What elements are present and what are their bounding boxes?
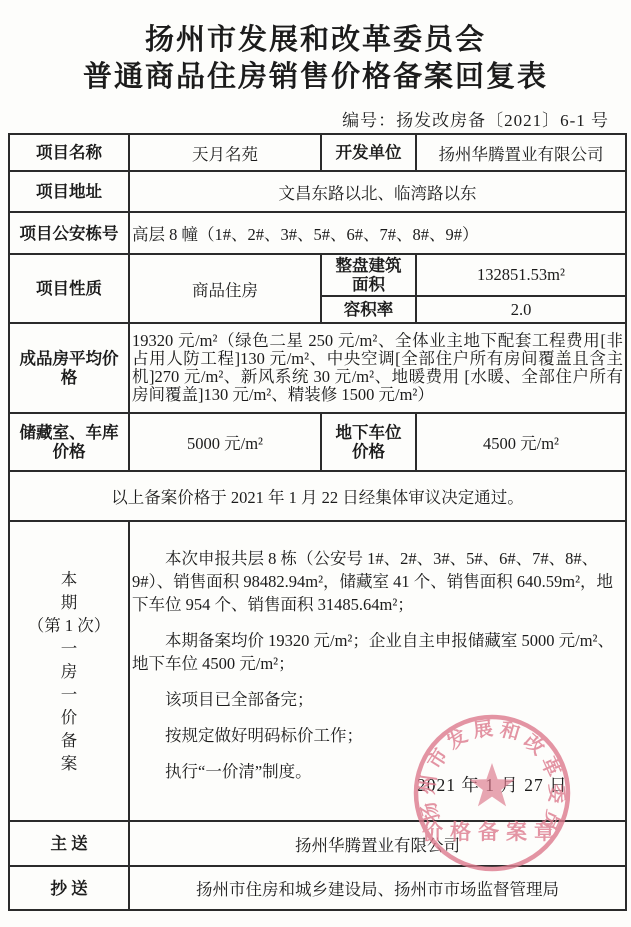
- building-numbers-label: 项目公安栋号: [9, 212, 129, 254]
- document-header: 扬州市发展和改革委员会 普通商品住房销售价格备案回复表: [0, 0, 631, 96]
- title-line-2: 普通商品住房销售价格备案回复表: [0, 59, 631, 96]
- project-address-label: 项目地址: [9, 171, 129, 212]
- filing-paragraph: 本次申报共层 8 栋（公安号 1#、2#、3#、5#、6#、7#、8#、9#）、…: [132, 547, 623, 616]
- main-recipient-label: 主 送: [9, 821, 129, 866]
- filing-paragraph: 本期备案均价 19320 元/m²；企业自主申报储藏室 5000 元/m²、地下…: [132, 629, 623, 675]
- title-line-1: 扬州市发展和改革委员会: [0, 22, 631, 59]
- total-floor-area-label: 整盘建筑 面积: [321, 254, 416, 296]
- filing-paragraph: 按规定做好明码标价工作；: [132, 724, 623, 747]
- storage-garage-price-label: 储藏室、车库 价格: [9, 413, 129, 471]
- doc-number: 编号：扬发改房备〔2021〕6-1 号: [0, 106, 631, 131]
- current-period-label: 本 期 （第 1 次） 一 房 一 价 备 案: [9, 521, 129, 821]
- average-price-label: 成品房平均价 格: [9, 323, 129, 413]
- project-nature-label: 项目性质: [9, 254, 129, 323]
- row-storage-garage-price: 储藏室、车库 价格 5000 元/m² 地下车位 价格 4500 元/m²: [9, 413, 626, 471]
- project-name-label: 项目名称: [9, 134, 129, 171]
- row-main-recipient: 主 送 扬州华腾置业有限公司: [9, 821, 626, 866]
- cc-recipient-value: 扬州市住房和城乡建设局、扬州市市场监督管理局: [129, 866, 626, 910]
- cc-recipient-label: 抄 送: [9, 866, 129, 910]
- row-project-address: 项目地址 文昌东路以北、临湾路以东: [9, 171, 626, 212]
- project-nature-value: 商品住房: [129, 254, 321, 323]
- main-recipient-value: 扬州华腾置业有限公司: [129, 821, 626, 866]
- plot-ratio-label: 容积率: [321, 296, 416, 323]
- plot-ratio-value: 2.0: [416, 296, 626, 323]
- filing-paragraph: 该项目已全部备完；: [132, 688, 623, 711]
- row-average-price: 成品房平均价 格 19320 元/m²（绿色二星 250 元/m²、全体业主地下…: [9, 323, 626, 413]
- project-name-value: 天月名苑: [129, 134, 321, 171]
- filing-date: 2021 年 1 月 27 日: [417, 772, 568, 797]
- total-floor-area-value: 132851.53m²: [416, 254, 626, 296]
- storage-garage-price-value: 5000 元/m²: [129, 413, 321, 471]
- average-price-value: 19320 元/m²（绿色二星 250 元/m²、全体业主地下配套工程费用[非占…: [129, 323, 626, 413]
- developer-label: 开发单位: [321, 134, 416, 171]
- developer-value: 扬州华腾置业有限公司: [416, 134, 626, 171]
- document-page: 扬州市发展和改革委员会 普通商品住房销售价格备案回复表 编号：扬发改房备〔202…: [0, 0, 631, 927]
- row-building-numbers: 项目公安栋号 高层 8 幢（1#、2#、3#、5#、6#、7#、8#、9#）: [9, 212, 626, 254]
- row-project-nature-1: 项目性质 商品住房 整盘建筑 面积 132851.53m²: [9, 254, 626, 296]
- project-address-value: 文昌东路以北、临湾路以东: [129, 171, 626, 212]
- parking-space-price-value: 4500 元/m²: [416, 413, 626, 471]
- row-cc-recipient: 抄 送 扬州市住房和城乡建设局、扬州市市场监督管理局: [9, 866, 626, 910]
- row-project-name: 项目名称 天月名苑 开发单位 扬州华腾置业有限公司: [9, 134, 626, 171]
- building-numbers-value: 高层 8 幢（1#、2#、3#、5#、6#、7#、8#、9#）: [129, 212, 626, 254]
- parking-space-price-label: 地下车位 价格: [321, 413, 416, 471]
- row-approval-notice: 以上备案价格于 2021 年 1 月 22 日经集体审议决定通过。: [9, 471, 626, 521]
- approval-notice: 以上备案价格于 2021 年 1 月 22 日经集体审议决定通过。: [9, 471, 626, 521]
